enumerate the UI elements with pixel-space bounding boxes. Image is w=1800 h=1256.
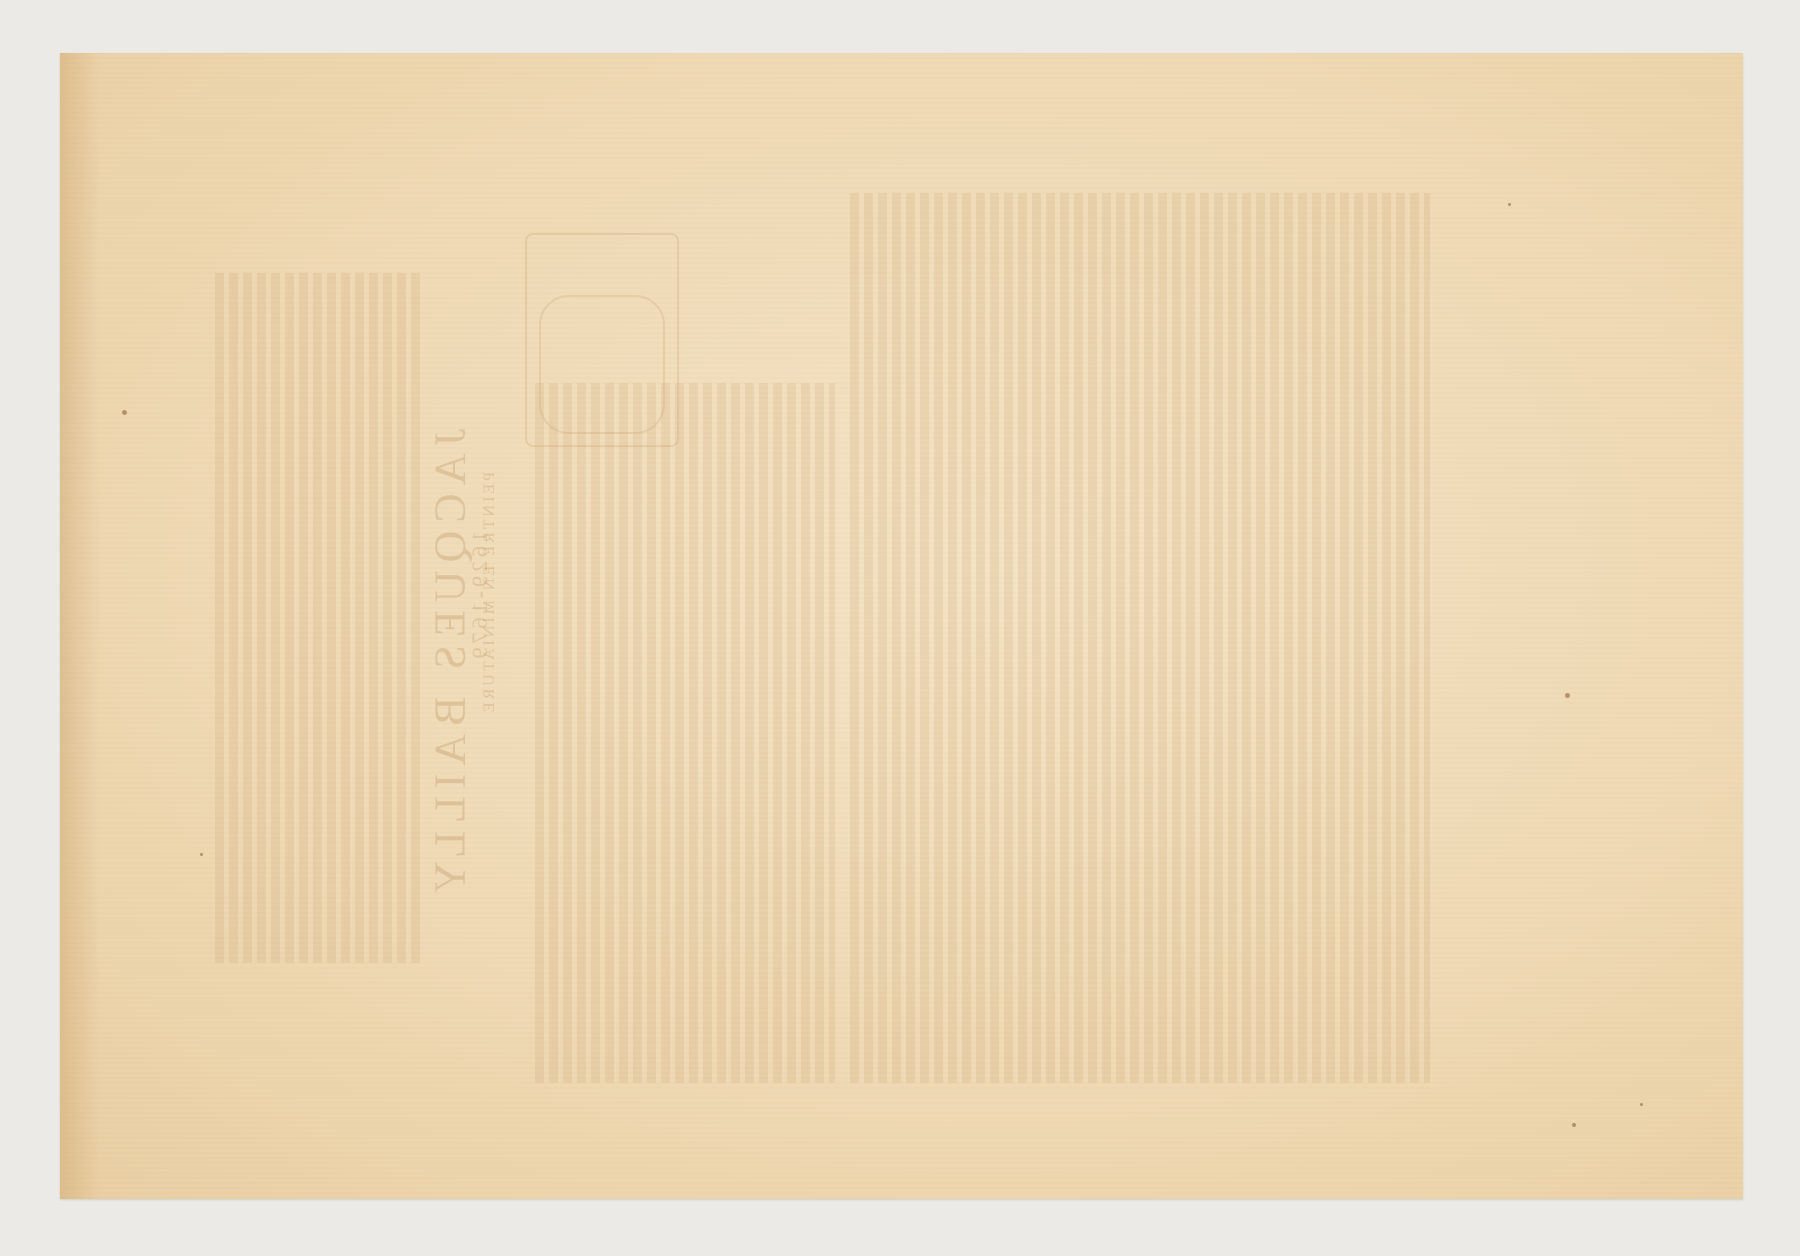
- foxing-spot: [200, 853, 203, 856]
- foxing-spot: [1508, 203, 1511, 206]
- paper-edge-stain: [60, 53, 100, 1199]
- foxing-spot: [122, 410, 127, 415]
- foxing-spot: [1565, 693, 1570, 698]
- bleed-text-column-right: [850, 193, 1430, 1083]
- bleed-text-column-middle: [535, 383, 835, 1083]
- paper-sheet: JACQUES BAILLY PEINTRE EN MINIATURE 1629…: [60, 53, 1743, 1199]
- foxing-spot: [1640, 1103, 1643, 1106]
- foxing-spot: [1572, 1123, 1576, 1127]
- bleed-text-column-left: [215, 273, 425, 963]
- bleed-dates: 1629-1679: [467, 531, 493, 711]
